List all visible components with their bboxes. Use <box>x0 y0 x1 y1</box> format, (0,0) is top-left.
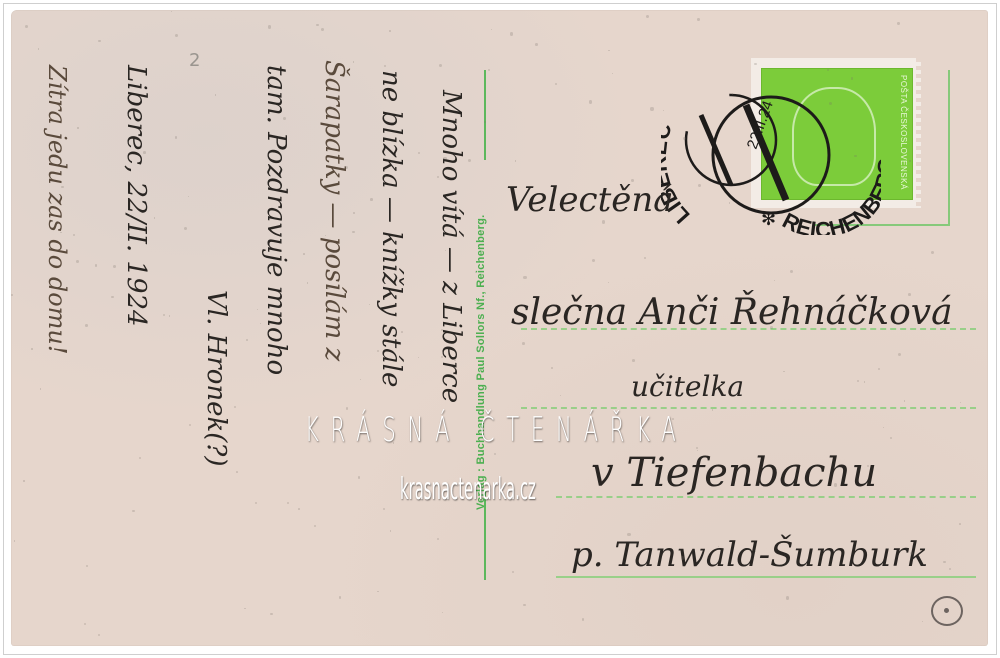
paper-speck <box>774 280 775 281</box>
paper-speck <box>592 259 595 262</box>
paper-speck <box>494 453 496 455</box>
paper-speck <box>589 100 592 103</box>
paper-speck <box>244 608 246 610</box>
paper-speck <box>867 465 869 467</box>
paper-speck <box>353 212 355 214</box>
paper-speck <box>437 538 439 540</box>
paper-speck <box>560 395 562 397</box>
paper-speck <box>555 83 557 85</box>
paper-speck <box>234 406 236 408</box>
paper-speck <box>268 25 271 28</box>
paper-speck <box>132 510 134 512</box>
message-line-4: tam. Pozdravuje mnoho <box>261 65 291 375</box>
paper-speck <box>298 508 300 510</box>
paper-speck <box>491 29 492 30</box>
message-signature: Vl. Hronek(?) <box>201 290 231 467</box>
paper-speck <box>270 613 273 616</box>
paper-speck <box>163 314 165 316</box>
paper-speck <box>189 424 191 426</box>
paper-speck <box>11 294 13 296</box>
message-date-line: Liberec, 22/II. 1924 <box>121 65 151 327</box>
paper-speck <box>627 533 630 536</box>
address-line-2-text: učitelka <box>631 370 744 403</box>
paper-speck <box>515 160 516 161</box>
paper-speck <box>175 136 178 139</box>
paper-speck <box>98 634 100 636</box>
paper-speck <box>439 64 442 67</box>
paper-speck <box>931 251 934 254</box>
paper-speck <box>612 73 613 74</box>
paper-speck <box>184 227 187 230</box>
address-line-4-text: p. Tanwald-Šumburk <box>571 535 928 575</box>
pencil-number: 2 <box>189 50 200 71</box>
paper-speck <box>484 299 485 300</box>
paper-speck <box>303 253 305 255</box>
paper-speck <box>834 483 837 486</box>
paper-speck <box>377 591 378 592</box>
paper-speck <box>890 437 892 439</box>
publisher-imprint: Verlag : Buchhandlung Paul Sollors Nf., … <box>475 214 487 510</box>
paper-speck <box>535 43 538 46</box>
paper-speck <box>169 315 170 316</box>
paper-speck <box>314 525 316 527</box>
paper-speck <box>468 159 471 162</box>
paper-speck <box>95 264 98 267</box>
paper-speck <box>441 329 443 331</box>
paper-speck <box>864 381 865 382</box>
paper-speck <box>25 25 28 28</box>
paper-speck <box>904 400 905 401</box>
paper-speck <box>712 409 714 411</box>
paper-speck <box>443 157 446 160</box>
paper-speck <box>143 151 146 154</box>
paper-speck <box>175 34 178 37</box>
paper-speck <box>236 471 238 473</box>
paper-speck <box>329 74 330 75</box>
paper-speck <box>475 271 476 272</box>
paper-speck <box>418 357 419 358</box>
paper-speck <box>922 621 923 622</box>
paper-speck <box>883 427 884 428</box>
paper-speck <box>352 231 355 234</box>
paper-speck <box>602 220 605 223</box>
paper-speck <box>783 371 784 372</box>
paper-speck <box>360 379 361 380</box>
paper-speck <box>76 260 79 263</box>
address-line-1-text: slečna Anči Řehnáčková <box>511 292 953 333</box>
paper-speck <box>113 265 116 268</box>
message-footer-line: Zítra jedu zas do domu! <box>43 65 71 355</box>
paper-speck <box>353 61 354 62</box>
address-line-4 <box>556 576 976 578</box>
paper-speck <box>523 604 525 606</box>
stamp-text: POŠTA ČESKOSLOVENSKÁ <box>899 75 908 190</box>
paper-speck <box>358 476 361 479</box>
paper-speck <box>384 65 387 68</box>
postage-stamp: POŠTA ČESKOSLOVENSKÁ <box>751 58 921 208</box>
paper-speck <box>442 612 443 613</box>
paper-speck <box>23 480 24 481</box>
paper-speck <box>732 93 734 95</box>
paper-speck <box>582 618 585 621</box>
paper-speck <box>729 202 731 204</box>
paper-speck <box>401 331 403 333</box>
paper-speck <box>139 457 141 459</box>
paper-speck <box>650 107 653 110</box>
paper-speck <box>696 447 698 449</box>
paper-speck <box>257 309 258 310</box>
paper-speck <box>31 348 32 349</box>
paper-speck <box>697 18 700 21</box>
paper-speck <box>77 127 78 128</box>
message-line-3: Šarapatky — posílám z <box>319 60 349 361</box>
circled-mark-icon <box>931 596 963 626</box>
paper-speck <box>154 217 155 218</box>
paper-speck <box>85 324 88 327</box>
paper-speck <box>897 22 899 24</box>
paper-speck <box>488 69 491 72</box>
paper-speck <box>608 282 610 284</box>
paper-speck <box>949 568 951 570</box>
paper-speck <box>98 40 100 42</box>
paper-speck <box>829 102 832 105</box>
stamp-figure-icon <box>792 87 876 186</box>
paper-speck <box>129 215 131 217</box>
paper-speck <box>698 184 701 187</box>
paper-speck <box>215 94 216 95</box>
watermark-title: KRÁSNÁ ČTENÁŘKA <box>305 410 688 450</box>
paper-speck <box>551 367 553 369</box>
paper-speck <box>632 359 635 362</box>
paper-speck <box>14 540 15 541</box>
paper-speck <box>383 508 385 510</box>
paper-speck <box>683 137 686 140</box>
paper-speck <box>960 402 961 403</box>
postmark-star-icon: ✻ <box>761 209 776 230</box>
watermark-url: krasnactenarka.cz <box>400 472 536 507</box>
paper-speck <box>608 50 610 52</box>
paper-speck <box>331 107 333 109</box>
paper-speck <box>73 234 75 236</box>
paper-speck <box>644 257 646 259</box>
paper-speck <box>851 77 853 79</box>
paper-speck <box>786 596 789 599</box>
paper-speck <box>631 179 634 182</box>
paper-speck <box>389 30 391 32</box>
paper-speck <box>523 276 526 279</box>
paper-speck <box>369 304 370 305</box>
paper-speck <box>898 353 901 356</box>
paper-speck <box>188 196 189 197</box>
paper-speck <box>827 69 829 71</box>
paper-speck <box>86 565 88 567</box>
paper-speck <box>878 368 880 370</box>
paper-speck <box>339 596 342 599</box>
paper-speck <box>390 530 391 531</box>
paper-speck <box>255 502 257 504</box>
paper-speck <box>171 11 172 12</box>
paper-speck <box>522 342 525 345</box>
paper-speck <box>418 152 420 154</box>
paper-speck <box>287 502 289 504</box>
paper-speck <box>857 380 859 382</box>
paper-speck <box>790 270 793 273</box>
paper-speck <box>959 523 961 525</box>
paper-speck <box>316 24 318 26</box>
paper-speck <box>663 110 665 112</box>
paper-speck <box>646 15 649 18</box>
paper-speck <box>321 28 324 31</box>
address-line-3 <box>556 496 976 498</box>
paper-speck <box>909 160 910 161</box>
address-line-2 <box>521 407 976 409</box>
paper-speck <box>40 388 42 390</box>
paper-speck <box>370 198 373 201</box>
paper-speck <box>246 339 248 341</box>
paper-speck <box>38 48 40 50</box>
paper-speck <box>84 623 86 625</box>
message-line-2: ne blízka — knížky stále <box>376 70 406 387</box>
paper-speck <box>307 282 308 283</box>
address-line-3-text: v Tiefenbachu <box>591 450 877 496</box>
paper-speck <box>943 561 946 564</box>
paper-speck <box>512 571 514 573</box>
paper-speck <box>445 250 446 251</box>
paper-speck <box>532 186 533 187</box>
paper-speck <box>510 32 513 35</box>
postcard: 2 Verlag : Buchhandlung Paul Sollors Nf.… <box>11 10 988 646</box>
paper-speck <box>111 296 114 299</box>
